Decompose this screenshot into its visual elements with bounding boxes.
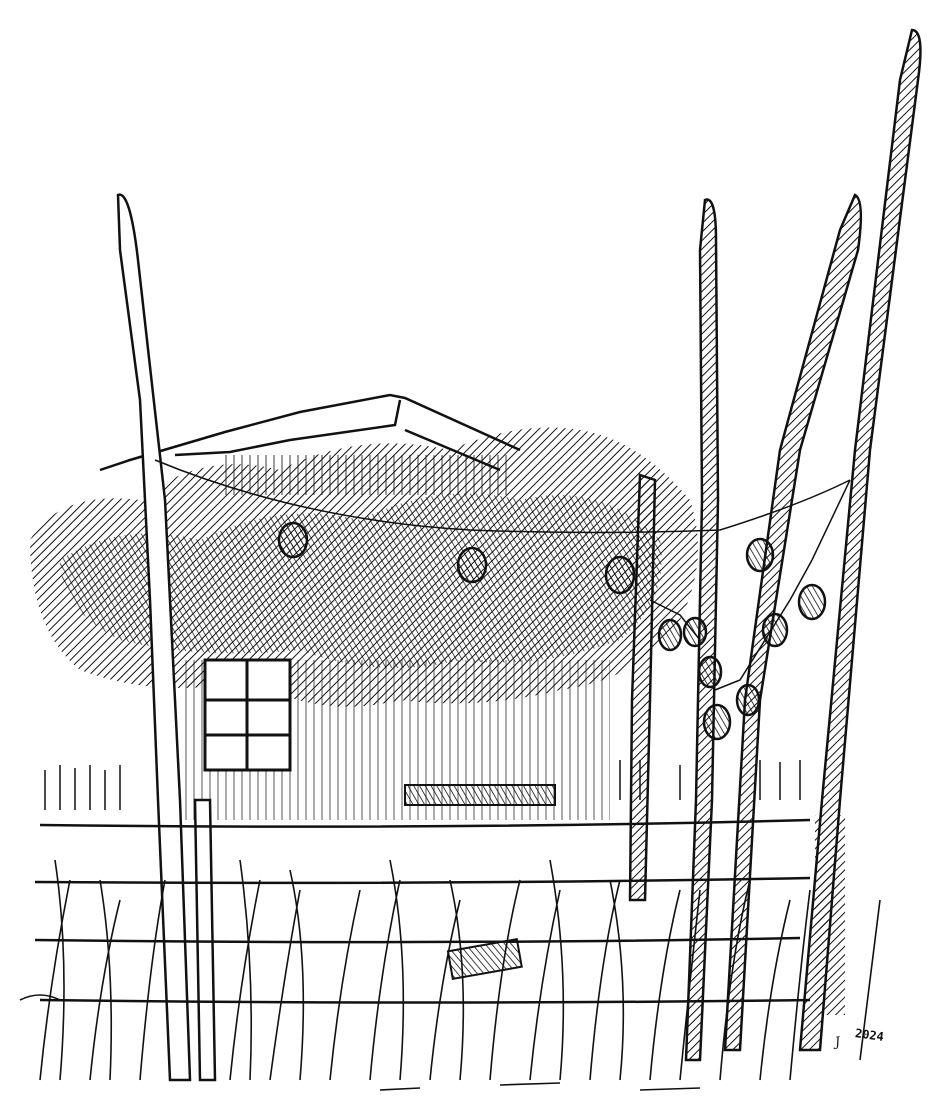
shed-body [180, 660, 610, 979]
tall-grass [20, 860, 880, 1090]
dark-post [815, 815, 845, 1015]
bench-small [448, 939, 522, 979]
bench [405, 785, 555, 805]
ink-drawing [0, 0, 951, 1100]
